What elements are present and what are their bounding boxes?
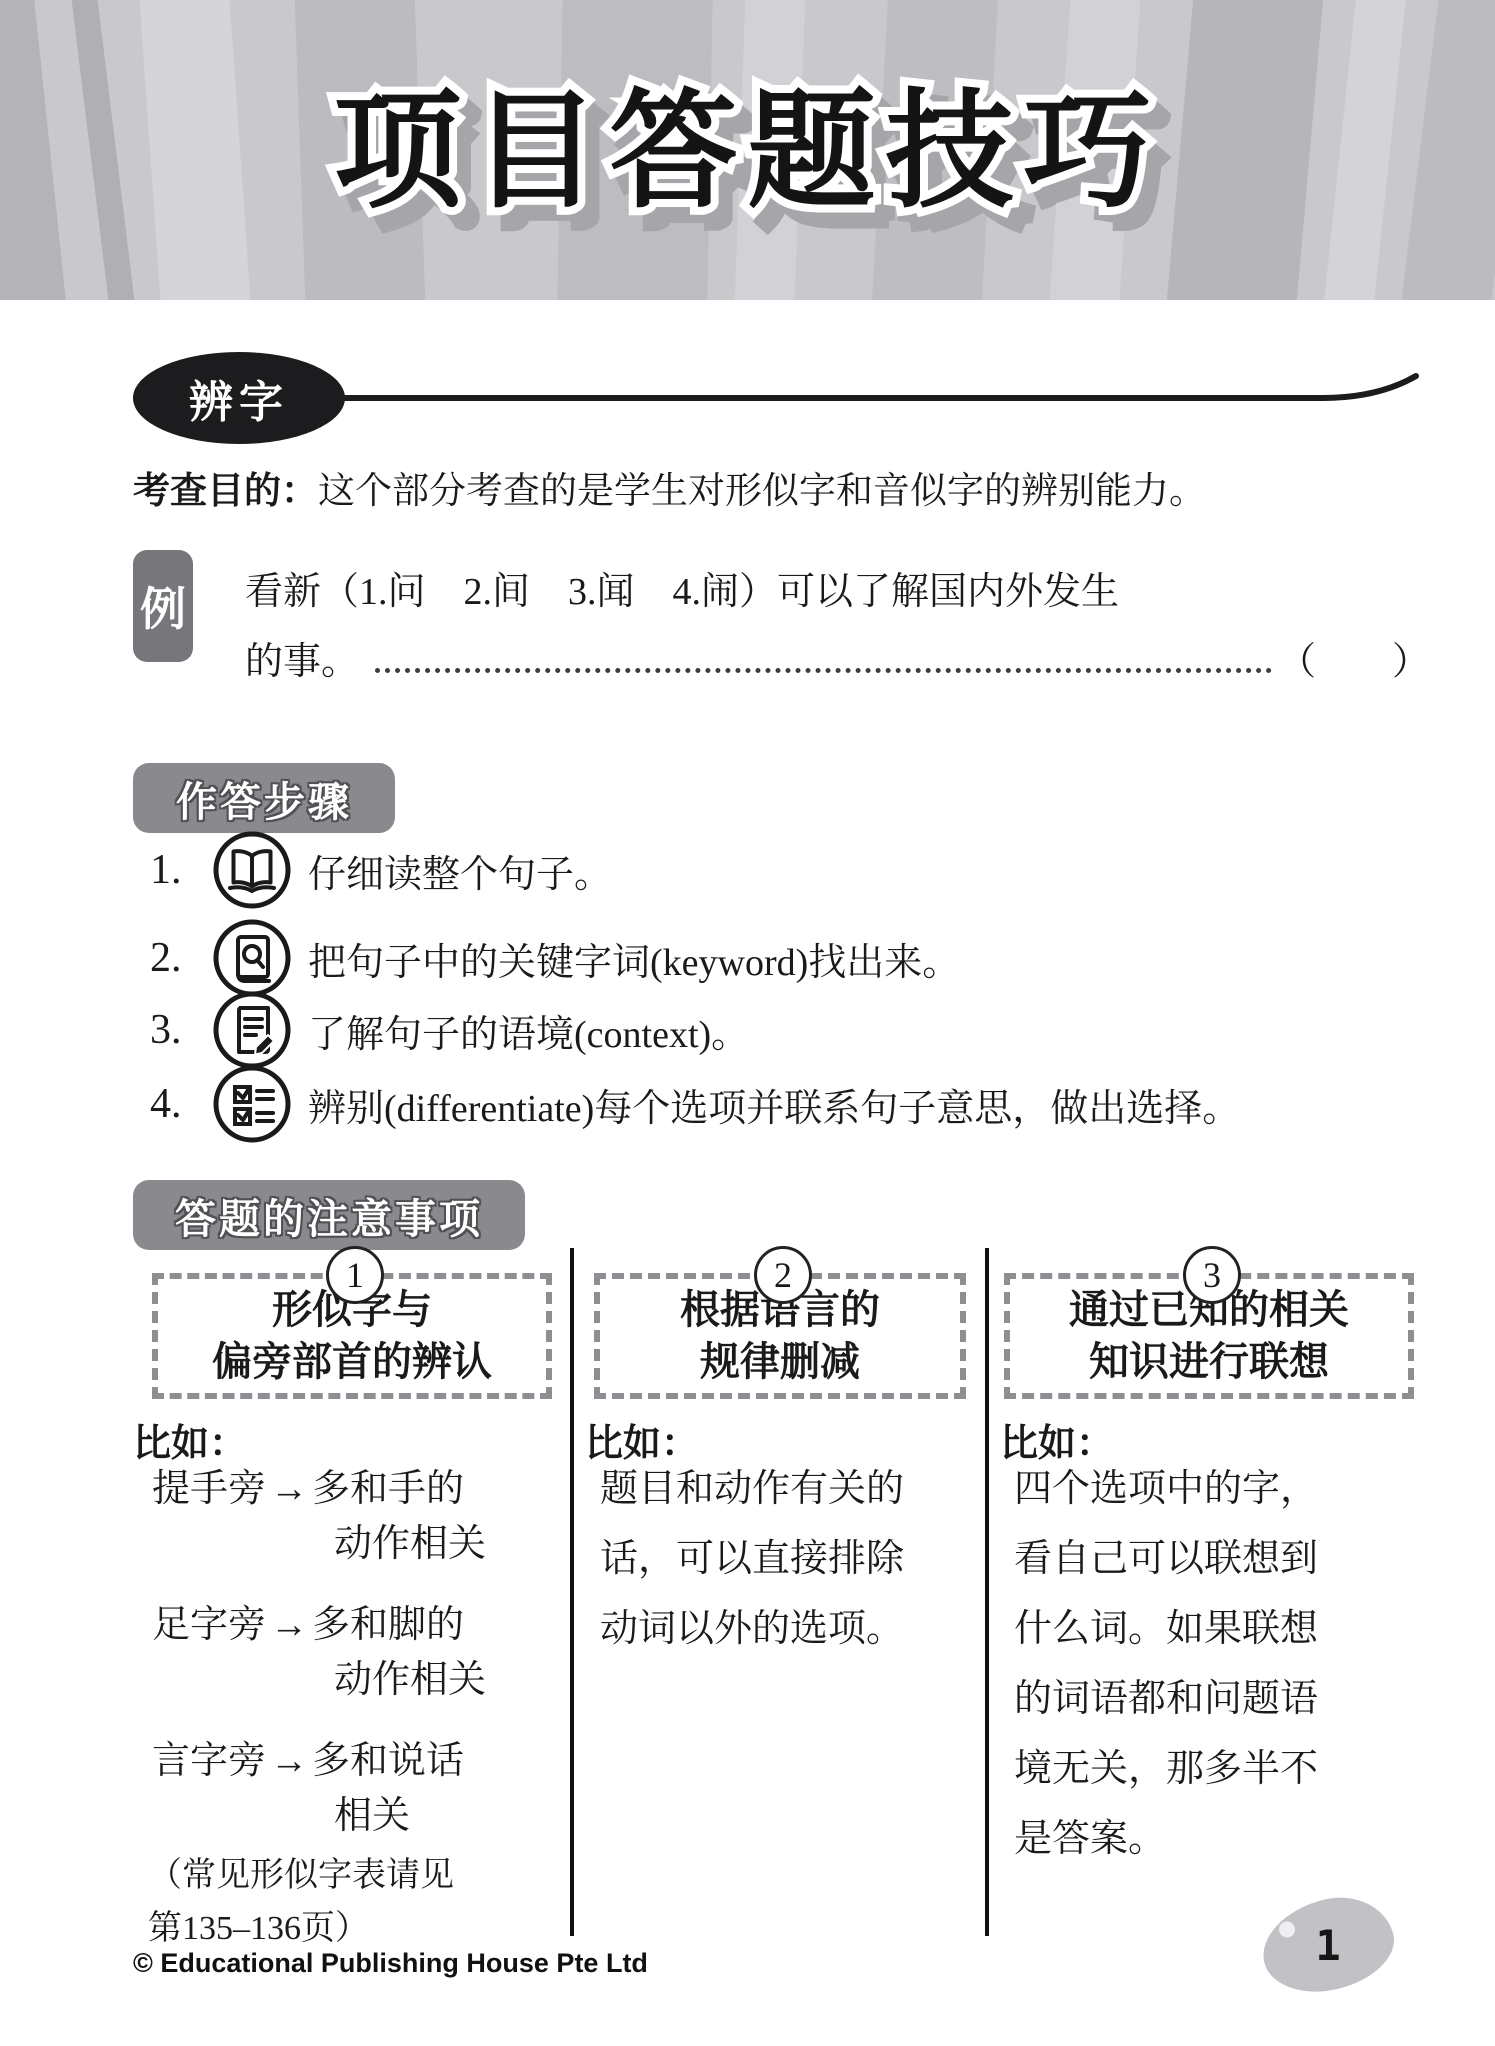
page-number: 1	[1262, 1900, 1394, 1990]
step-number: 2.	[150, 934, 196, 982]
answer-blank: （ ）	[1278, 630, 1430, 685]
step-item-1: 1. 仔细读整个句子。	[150, 830, 612, 910]
steps-section-title: 作答步骤	[176, 769, 352, 828]
search-book-icon	[212, 918, 292, 998]
hint-line: 相关	[312, 1789, 464, 1844]
arrow-icon: →	[270, 1462, 308, 1572]
section-banner-label: 辨字	[189, 366, 289, 430]
body-line: 动词以外的选项。	[600, 1595, 970, 1665]
step-item-4: 4. 辨别(differentiate)每个选项并联系句子意思，做出选择。	[150, 1064, 1240, 1144]
column-number: 3	[1203, 1254, 1221, 1296]
step-item-3: 3. 了解句子的语境(context)。	[150, 990, 749, 1070]
step-number: 3.	[150, 1006, 196, 1054]
body-line: 是答案。	[1014, 1805, 1419, 1875]
notes-section-title: 答题的注意事项	[175, 1186, 483, 1245]
hint-line: 动作相关	[312, 1653, 486, 1708]
example-badge: 例	[133, 550, 193, 662]
body-line: 的词语都和问题语	[1014, 1665, 1419, 1735]
banner-rule-line	[338, 368, 1433, 428]
edit-document-icon	[212, 990, 292, 1070]
page-number-badge: 1	[1253, 1885, 1403, 2004]
step-item-2: 2. 把句子中的关键字词(keyword)找出来。	[150, 918, 960, 998]
column-body-2: 题目和动作有关的 话，可以直接排除 动词以外的选项。	[600, 1455, 970, 1665]
steps-section-header: 作答步骤	[133, 763, 395, 833]
dotted-leader	[375, 668, 1272, 673]
step-number: 1.	[150, 846, 196, 894]
step-text: 把句子中的关键字词(keyword)找出来。	[308, 931, 960, 986]
column-number-badge: 3	[1183, 1246, 1241, 1304]
hint-line: 动作相关	[312, 1517, 486, 1572]
purpose-text: 这个部分考查的是学生对形似字和音似字的辨别能力。	[318, 471, 1206, 512]
example-sentence: 看新（1.问 2.间 3.闻 4.闹）可以了解国内外发生	[245, 560, 1425, 615]
purpose-label: 考查目的：	[133, 470, 318, 511]
column-number-badge: 1	[326, 1246, 384, 1304]
section-banner: 辨字	[133, 352, 345, 444]
copyright-text: © Educational Publishing House Pte Ltd	[133, 1948, 648, 1979]
column-divider	[570, 1248, 574, 1936]
column-body-3: 四个选项中的字， 看自己可以联想到 什么词。如果联想 的词语都和问题语 境无关，…	[1014, 1455, 1419, 1874]
hint-line: 多和手的	[312, 1462, 486, 1517]
body-line: 什么词。如果联想	[1014, 1595, 1419, 1665]
radical-name: 足字旁	[152, 1598, 266, 1708]
example-label: 比如：	[133, 1412, 247, 1467]
radical-name: 提手旁	[152, 1462, 266, 1572]
body-line: 境无关，那多半不	[1014, 1735, 1419, 1805]
radical-hint-list: 提手旁 → 多和手的 动作相关 足字旁 → 多和脚的 动作相关 言字旁 → 多和…	[152, 1462, 557, 1871]
body-line: 四个选项中的字，	[1014, 1455, 1419, 1525]
example-badge-label: 例	[140, 573, 186, 639]
column-divider	[985, 1248, 989, 1936]
step-text: 仔细读整个句子。	[308, 843, 612, 898]
notes-section-header: 答题的注意事项	[133, 1180, 525, 1250]
example-sentence-continued: 的事。 （ ）	[245, 630, 1430, 685]
column-title-line: 偏旁部首的辨认	[212, 1336, 492, 1388]
column-title-line: 规律删减	[700, 1336, 860, 1388]
chapter-title: 项目答题技巧 项目答题技巧 项目答题技巧	[0, 88, 1495, 216]
example-sentence-end: 的事。	[245, 630, 359, 685]
arrow-icon: →	[270, 1734, 308, 1844]
open-book-icon	[212, 830, 292, 910]
chapter-title-text: 项目答题技巧	[333, 77, 1161, 226]
textbook-page: { "header": { "title": "项目答题技巧" }, "sect…	[0, 0, 1495, 2046]
body-line: 话，可以直接排除	[600, 1525, 970, 1595]
chapter-header-band: 项目答题技巧 项目答题技巧 项目答题技巧	[0, 0, 1495, 300]
reference-note-line: （常见形似字表请见	[148, 1850, 454, 1903]
column-number-badge: 2	[754, 1246, 812, 1304]
reference-note: （常见形似字表请见 第135–136页）	[148, 1850, 454, 1955]
hint-line: 多和脚的	[312, 1598, 486, 1653]
column-number: 2	[774, 1254, 792, 1296]
body-line: 题目和动作有关的	[600, 1455, 970, 1525]
list-item: 言字旁 → 多和说话 相关	[152, 1734, 557, 1844]
body-line: 看自己可以联想到	[1014, 1525, 1419, 1595]
step-number: 4.	[150, 1080, 196, 1128]
arrow-icon: →	[270, 1598, 308, 1708]
hint-line: 多和说话	[312, 1734, 464, 1789]
checklist-icon	[212, 1064, 292, 1144]
list-item: 提手旁 → 多和手的 动作相关	[152, 1462, 557, 1572]
step-text: 了解句子的语境(context)。	[308, 1003, 749, 1058]
list-item: 足字旁 → 多和脚的 动作相关	[152, 1598, 557, 1708]
step-text: 辨别(differentiate)每个选项并联系句子意思，做出选择。	[308, 1077, 1240, 1132]
radical-name: 言字旁	[152, 1734, 266, 1844]
column-title-line: 知识进行联想	[1089, 1336, 1329, 1388]
purpose-paragraph: 考查目的：这个部分考查的是学生对形似字和音似字的辨别能力。	[133, 466, 1393, 517]
column-number: 1	[346, 1254, 364, 1296]
